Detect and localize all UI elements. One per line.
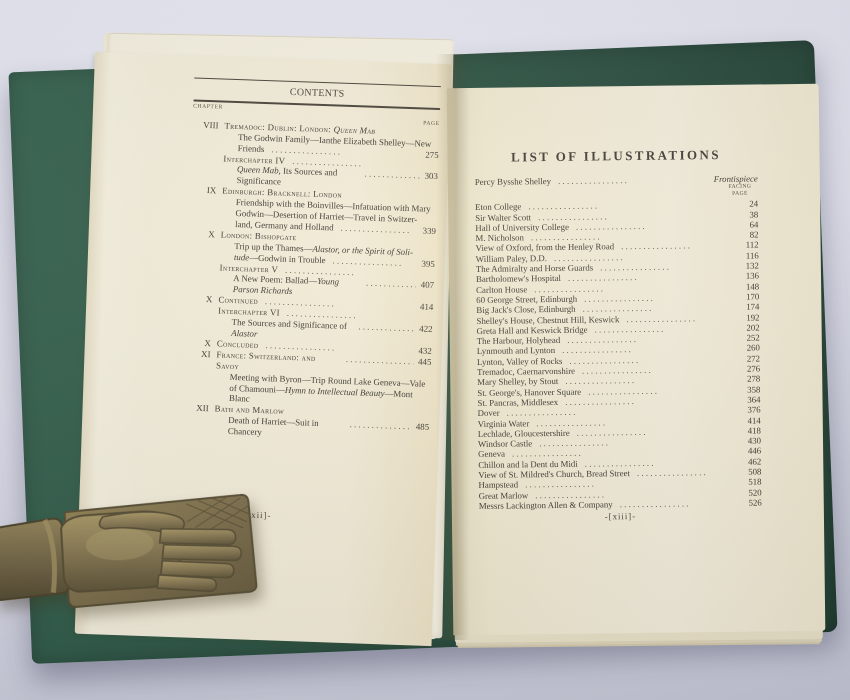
chapter-number: XII [182,403,214,415]
chapter-number: X [186,294,218,306]
page-number: 116 [741,250,759,261]
illustrations-title: LIST OF ILLUSTRATIONS [474,147,757,166]
page-number: 520 [744,487,762,498]
photo-of-open-book: CONTENTS CHAPTER PAGE VIIITremadoc: Dubl… [0,0,850,700]
brass-hand-paperweight [0,481,266,622]
page-number: 278 [742,374,760,385]
page-number: 202 [742,322,760,333]
chapter-column-label: CHAPTER [193,103,223,110]
chapter-number [186,313,218,314]
page-number: 38 [740,209,758,220]
page-number: 174 [741,302,759,313]
page-number: 303 [420,171,438,183]
page-number: 445 [413,356,431,368]
page-number: 276 [742,364,760,375]
right-page-folio: -[xiii]- [479,510,762,523]
page-column-label: PAGE [423,120,440,127]
text-segment: Interchapter IV [223,153,285,165]
text-segment: tude [234,252,250,263]
page-number: 462 [743,456,761,467]
page-number: 132 [741,261,759,272]
illustrations-list: Eton College24Sir Walter Scott38Hall of … [475,199,762,511]
page-number: 272 [742,353,760,364]
frontispiece-row: Percy Bysshe Shelley Frontispiece [475,173,758,187]
page-number: 24 [740,199,758,210]
text-segment: Bath and Marlow [214,404,284,416]
text-segment: Queen Mab [333,124,375,135]
page-number: 407 [416,280,434,292]
page-number: 418 [743,425,761,436]
page-number: 414 [415,302,433,314]
illustration-label: Hampstead [478,480,518,491]
chapter-number: X [189,228,221,240]
page-number: 252 [742,333,760,344]
illustration-label: Carlton House [476,284,527,295]
dot-leader [551,174,714,186]
subtitle-text: Death of Harriet—Suit in Chancery [228,415,343,441]
page-number: 136 [741,271,759,282]
page-number: 148 [741,281,759,292]
page-number: 376 [743,405,761,416]
illustration-label: M. Nicholson [475,233,524,244]
facing-page-label: FACING PAGE [722,184,758,198]
page-number: 170 [741,291,759,302]
text-segment: —Mont [384,388,412,399]
page-number: 518 [743,477,761,488]
text-segment: Interchapter V [219,262,278,274]
text-segment: Interchapter VI [218,306,280,318]
dot-leader [613,498,744,510]
text-segment: Death of Harriet—Suit in Chancery [228,415,319,437]
frontispiece-value: Frontispiece [714,173,758,184]
illustration-label: Messrs Lackington Allen & Company [479,499,613,511]
page-number: 430 [743,436,761,447]
illustration-label: Dover [478,408,500,419]
chapter-number [191,160,223,161]
subtitle-text: Blanc [229,393,250,405]
text-segment: Alastor [231,328,257,339]
illustration-label: Eton College [475,202,521,213]
illustration-label: Virginia Water [478,418,530,429]
page-number: 526 [744,497,762,508]
illustrations-page: LIST OF ILLUSTRATIONS Percy Bysshe Shell… [447,84,826,636]
table-of-contents: VIIITremadoc: Dublin: London: Queen MabT… [182,119,440,444]
illustration-label: Windsor Castle [478,438,532,449]
page-number: 395 [417,258,435,270]
page-number: 446 [743,446,761,457]
page-number: 339 [418,225,436,237]
dot-leader [359,278,416,291]
page-number: 358 [742,384,760,395]
page-number: 112 [741,240,759,251]
text-segment: Friends [238,143,265,154]
text-segment: France: Switzerland: and Savoy [216,349,316,371]
dot-leader [342,419,411,432]
page-number: 508 [743,466,761,477]
page-number: 485 [411,422,429,434]
text-segment: of Chamouni— [229,382,285,394]
page-number: 422 [414,323,432,335]
illustration-label: Great Marlow [479,490,529,501]
chapter-number [187,269,219,270]
text-segment: London: Bishopgate [221,229,297,242]
chapter-number: XI [184,348,216,360]
page-number: 414 [743,415,761,426]
illustration-label: Geneva [478,449,505,460]
page-number: 275 [420,149,438,161]
paperweight-sleeve [0,518,70,601]
page-number: 432 [414,345,432,357]
illustration-label: Sir Walter Scott [475,212,531,223]
page-number: 82 [740,230,758,241]
dot-leader [339,354,414,367]
text-segment: Blanc [229,393,250,404]
illustration-row: Messrs Lackington Allen & Company526 [479,497,762,511]
text-segment: Continued [218,295,258,306]
page-number: 192 [741,312,759,323]
frontispiece-label: Percy Bysshe Shelley [475,176,551,187]
chapter-number: VIII [192,119,224,131]
page-number: 364 [742,394,760,405]
dot-leader [351,321,415,334]
text-segment: Hymn to Intellectual Beauty [285,384,385,397]
dot-leader [357,169,420,182]
page-number: 260 [742,343,760,354]
page-number: 64 [740,219,758,230]
text-segment: Queen Mab [237,164,279,175]
chapter-number: IX [190,185,222,197]
text-segment: Concluded [217,338,259,349]
